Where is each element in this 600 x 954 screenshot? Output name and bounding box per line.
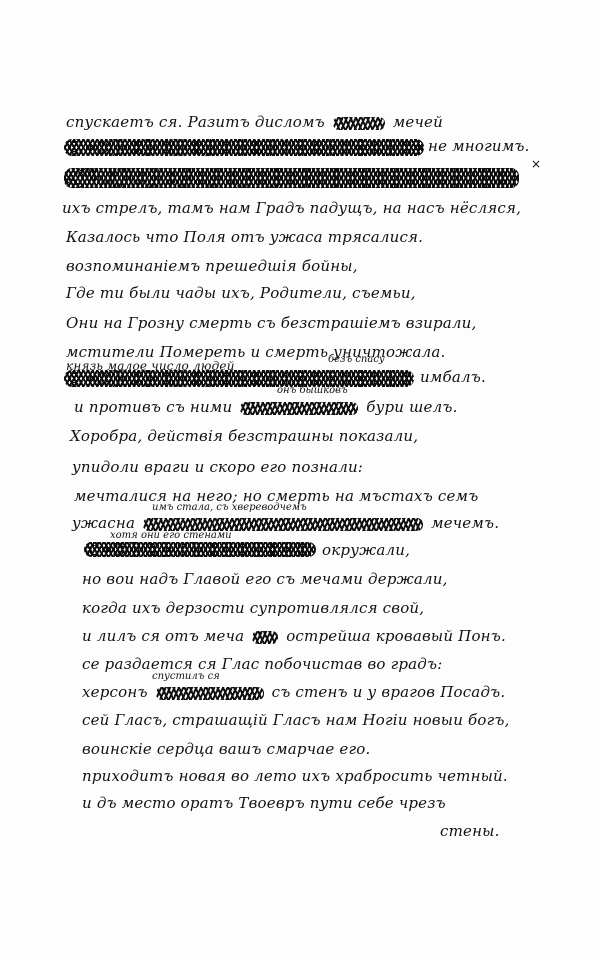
strikethrough-line-2	[64, 139, 424, 156]
manuscript-line-12: и противъ съ ними бури шелъ.	[74, 398, 458, 416]
line-text-after: бури шелъ.	[366, 398, 457, 416]
line-text-after: окружали,	[322, 541, 410, 559]
strikethrough	[143, 518, 423, 531]
manuscript-line-6: возпоминаніемъ прешедшія бойны,	[66, 257, 358, 275]
strikethrough	[156, 687, 264, 700]
manuscript-line-23: сей Гласъ, страшащій Гласъ нам Ногіи нов…	[82, 711, 510, 729]
manuscript-line-18: но вои надъ Главой его съ мечами держали…	[82, 570, 448, 588]
strikethrough	[240, 402, 358, 415]
insertion-mark: ×	[531, 157, 541, 171]
strikethrough-line-17	[84, 542, 316, 557]
strikethrough	[252, 631, 278, 644]
manuscript-page: спускаетъ ся. Разитъ дисломъ мечей не мн…	[0, 0, 600, 954]
line-text: и противъ съ ними	[74, 398, 232, 416]
manuscript-line-5: Казалось что Поля отъ ужаса трясалися.	[66, 228, 423, 246]
manuscript-line-25: приходитъ новая во лето ихъ храбросить ч…	[82, 767, 508, 785]
line-text-after: мечей	[393, 113, 443, 131]
manuscript-line-21: се раздается ся Глас побочистав во градъ…	[82, 655, 442, 673]
manuscript-line-8: Они на Грозну смерть съ безстрашіемъ взи…	[66, 314, 477, 332]
line-text: херсонъ	[82, 683, 148, 701]
manuscript-line-2: не многимъ.	[428, 137, 530, 155]
manuscript-line-7: Где ти были чады ихъ, Родители, съемьи,	[66, 284, 416, 302]
manuscript-line-27: стены.	[440, 822, 500, 840]
strikethrough-line-3	[64, 168, 519, 188]
manuscript-line-24: воинскіе сердца вашъ смарчае его.	[82, 740, 370, 758]
manuscript-line-19: когда ихъ дерзости супротивлялся свой,	[82, 599, 424, 617]
line-text-after: мечемъ.	[431, 514, 499, 532]
interlinear-insertion: спустилъ ся	[152, 671, 220, 682]
line-text-after: съ стенъ и у врагов Посадъ.	[272, 683, 506, 701]
manuscript-line-17: окружали,	[322, 541, 410, 559]
manuscript-line-14: упидоли враги и скоро его познали:	[72, 458, 363, 476]
line-text: спускаетъ ся. Разитъ дисломъ	[66, 113, 325, 131]
line-text-after: острейша кровавый Понъ.	[286, 627, 506, 645]
manuscript-line-1: спускаетъ ся. Разитъ дисломъ мечей	[66, 113, 443, 131]
interlinear-insertion: безъ спасу	[328, 354, 385, 365]
manuscript-line-4: ихъ стрелъ, тамъ нам Градъ падущъ, на на…	[62, 199, 521, 217]
interlinear-insertion: онъ бышковъ	[277, 385, 348, 396]
interlinear-insertion: имъ стала, съ хвереводчемъ	[152, 502, 307, 513]
manuscript-line-11: имбалъ.	[420, 368, 486, 386]
manuscript-line-26: и дъ место оратъ Твоевръ пути себе чрезъ	[82, 794, 446, 812]
line-text-after: имбалъ.	[420, 368, 486, 386]
line-text: и лилъ ся отъ меча	[82, 627, 244, 645]
strikethrough	[333, 117, 385, 130]
interlinear-insertion: хотя они его стенами	[110, 530, 232, 541]
line-text-after: не многимъ.	[428, 137, 530, 155]
manuscript-line-20: и лилъ ся отъ меча острейша кровавый Пон…	[82, 627, 506, 645]
manuscript-line-22: херсонъ съ стенъ и у врагов Посадъ.	[82, 683, 505, 701]
manuscript-line-13: Хоробра, действія безстрашны показали,	[70, 427, 418, 445]
strikethrough-line-11	[64, 370, 414, 387]
